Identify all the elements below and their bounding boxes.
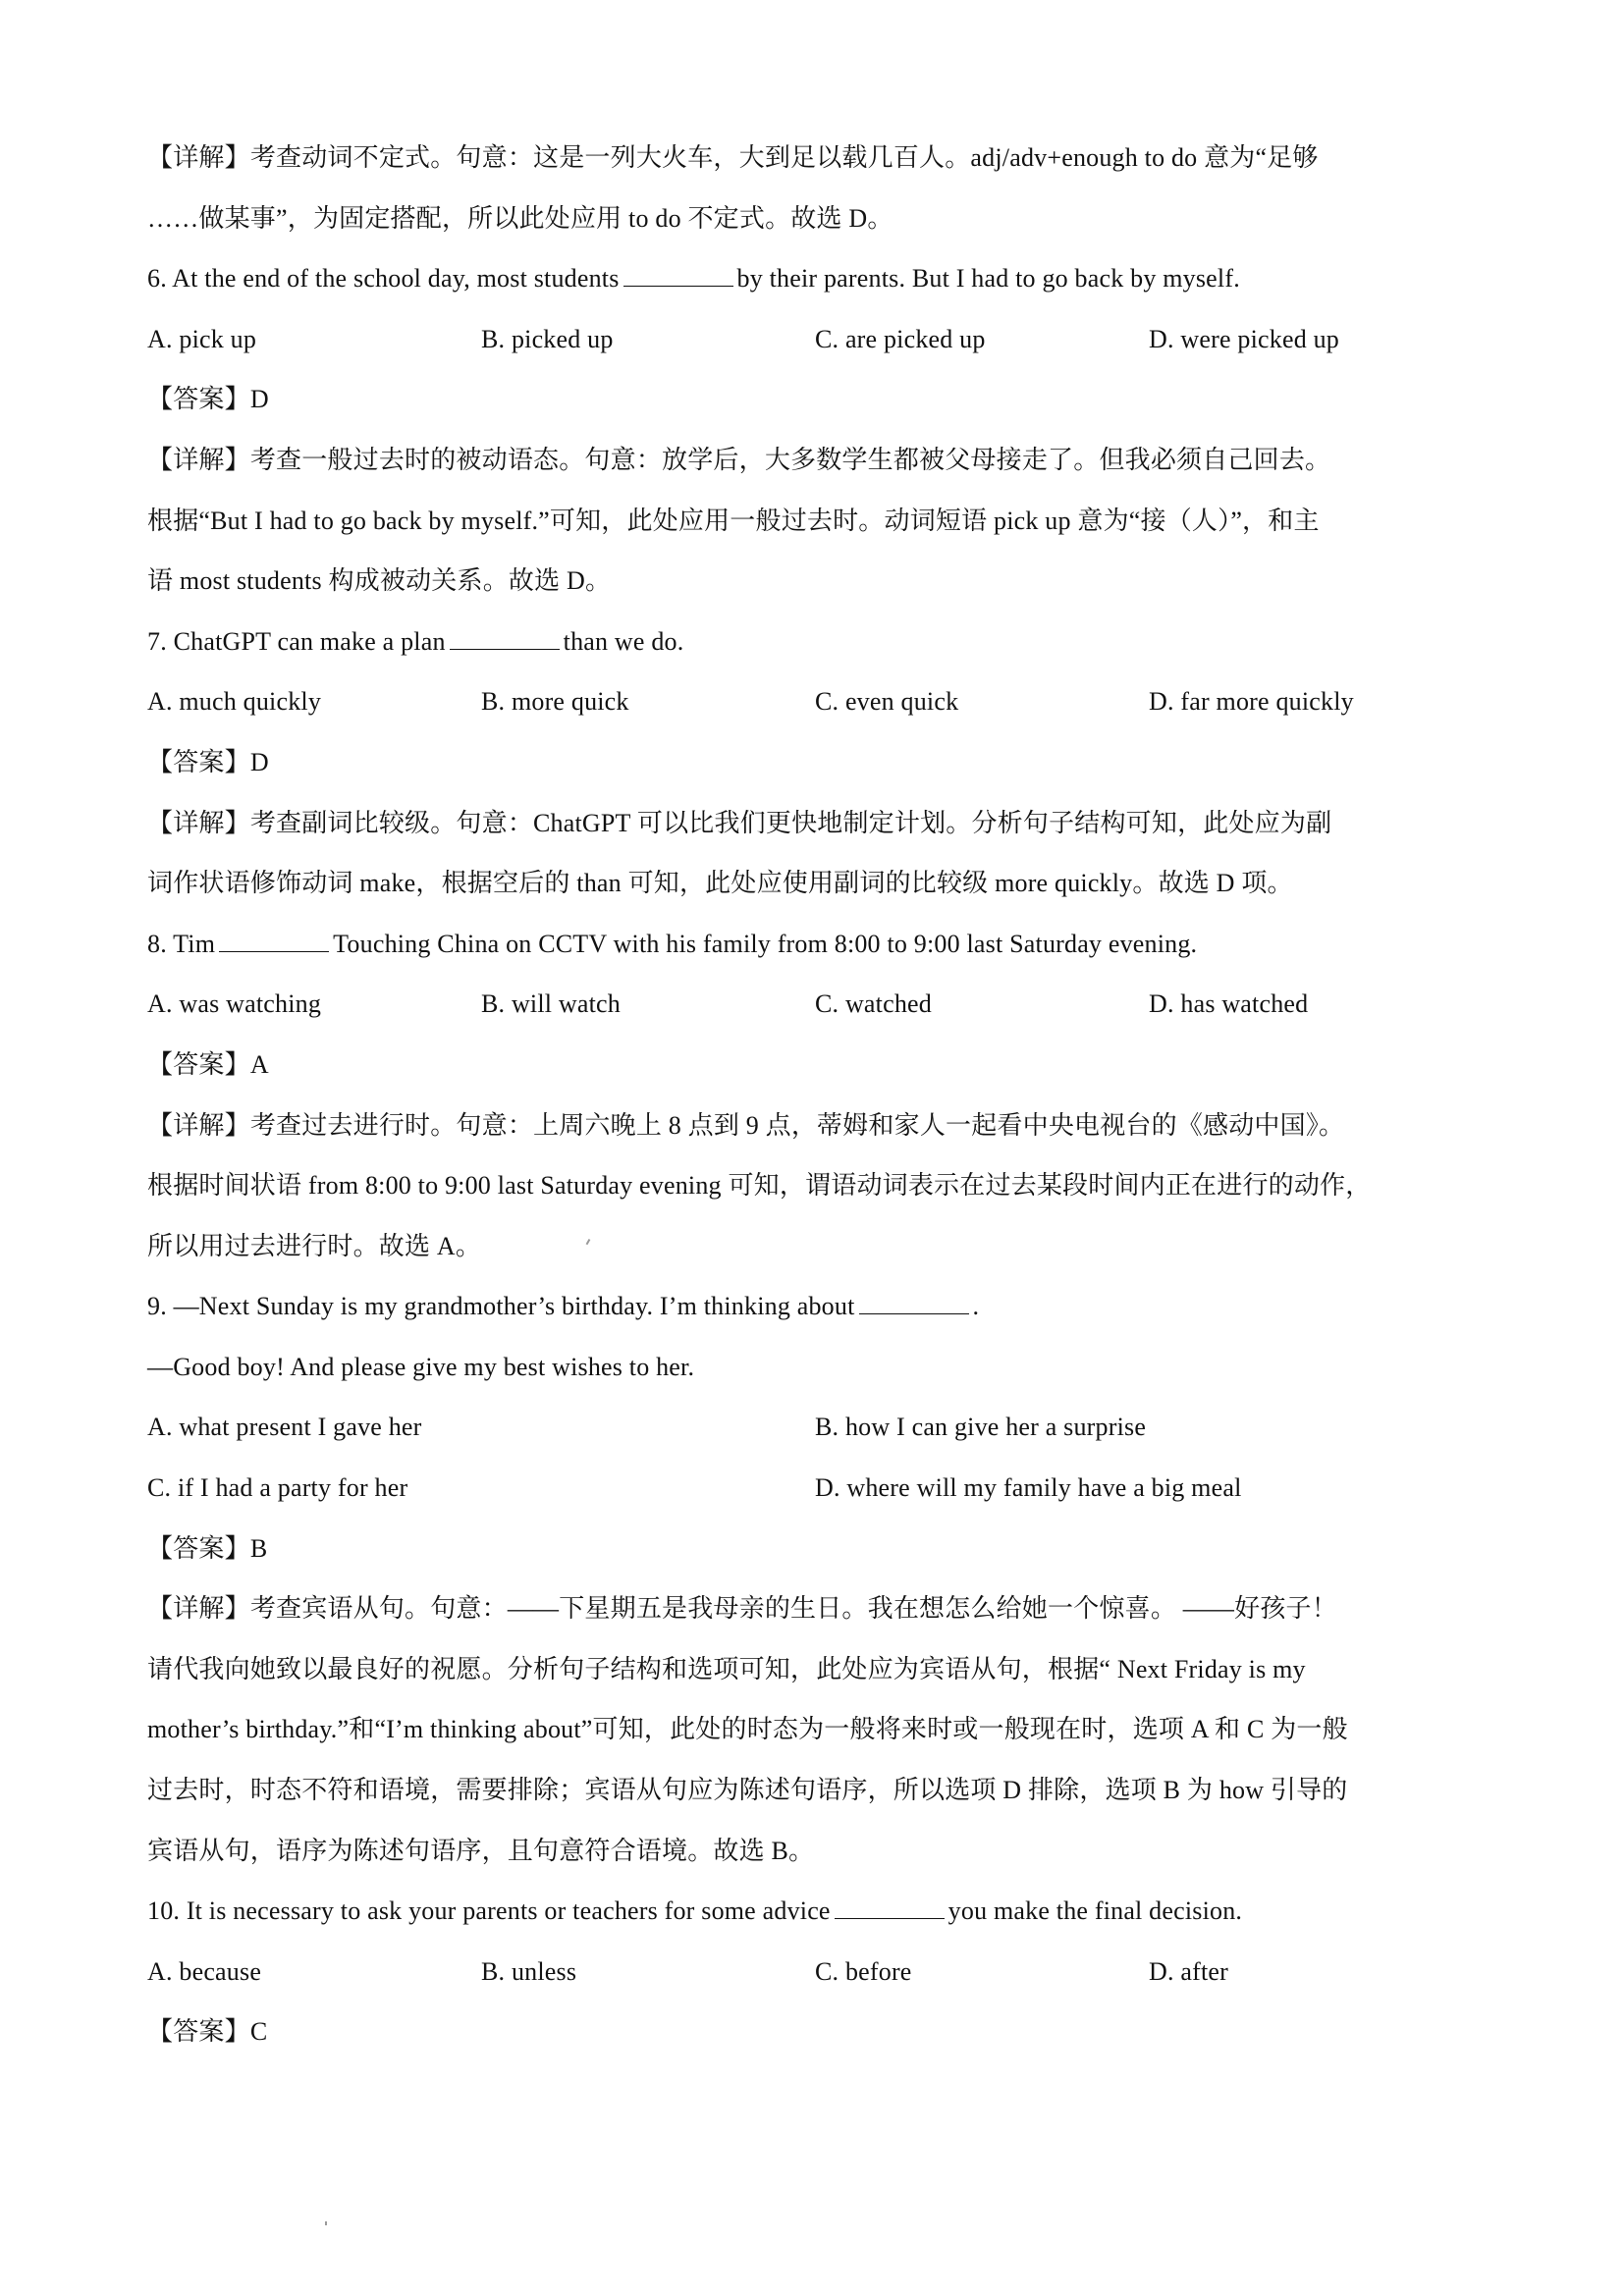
question-6-answer: 【答案】D	[147, 379, 1483, 440]
question-8-answer: 【答案】A	[147, 1044, 1483, 1105]
answer-blank	[859, 1288, 969, 1314]
question-10-options: A. because B. unless C. before D. after	[147, 1951, 1483, 2012]
answer-blank	[219, 926, 329, 952]
explanation-q5-line-1: 【详解】考查动词不定式。句意：这是一列大火车，大到足以载几百人。adj/adv+…	[147, 137, 1483, 198]
document-page: 【详解】考查动词不定式。句意：这是一列大火车，大到足以载几百人。adj/adv+…	[147, 137, 1483, 2072]
option-a: A. much quickly	[147, 681, 481, 742]
option-b: B. how I can give her a surprise	[815, 1407, 1483, 1468]
question-9-stem: 9. —Next Sunday is my grandmother’s birt…	[147, 1286, 1483, 1347]
question-9-explain-4: 过去时，时态不符和语境，需要排除；宾语从句应为陈述句语序，所以选项 D 排除，选…	[147, 1770, 1483, 1831]
option-d: D. were picked up	[1149, 319, 1483, 380]
question-8-explain-1: 【详解】考查过去进行时。句意：上周六晚上 8 点到 9 点，蒂姆和家人一起看中央…	[147, 1105, 1483, 1166]
option-d: D. far more quickly	[1149, 681, 1483, 742]
question-8-stem: 8. TimTouching China on CCTV with his fa…	[147, 924, 1483, 985]
option-d: D. where will my family have a big meal	[815, 1468, 1483, 1528]
option-a: A. what present I gave her	[147, 1407, 815, 1468]
option-c: C. are picked up	[815, 319, 1149, 380]
question-6-explain-3: 语 most students 构成被动关系。故选 D。	[147, 561, 1483, 621]
answer-blank	[835, 1893, 945, 1919]
question-7-explain-2: 词作状语修饰动词 make，根据空后的 than 可知，此处应使用副词的比较级 …	[147, 863, 1483, 924]
question-6-options: A. pick up B. picked up C. are picked up…	[147, 319, 1483, 380]
question-6-explain-1: 【详解】考查一般过去时的被动语态。句意：放学后，大多数学生都被父母接走了。但我必…	[147, 440, 1483, 501]
question-10-answer: 【答案】C	[147, 2011, 1483, 2072]
question-8-explain-3: 所以用过去进行时。故选 A。	[147, 1226, 1483, 1287]
option-d: D. after	[1149, 1951, 1483, 2012]
question-8-explain-2: 根据时间状语 from 8:00 to 9:00 last Saturday e…	[147, 1165, 1483, 1226]
question-10-stem: 10. It is necessary to ask your parents …	[147, 1891, 1483, 1951]
question-7-explain-1: 【详解】考查副词比较级。句意：ChatGPT 可以比我们更快地制定计划。分析句子…	[147, 803, 1483, 864]
answer-blank	[450, 623, 560, 650]
question-8-options: A. was watching B. will watch C. watched…	[147, 984, 1483, 1044]
question-7-stem: 7. ChatGPT can make a planthan we do.	[147, 621, 1483, 682]
option-a: A. was watching	[147, 984, 481, 1044]
option-b: B. will watch	[481, 984, 815, 1044]
question-9-explain-1: 【详解】考查宾语从句。句意：——下星期五是我母亲的生日。我在想怎么给她一个惊喜。…	[147, 1588, 1483, 1649]
explain-label: 【详解】	[147, 143, 250, 173]
scan-artifact	[325, 2221, 327, 2225]
explanation-q5-line-2: ……做某事”，为固定搭配，所以此处应用 to do 不定式。故选 D。	[147, 198, 1483, 259]
option-b: B. more quick	[481, 681, 815, 742]
option-a: A. pick up	[147, 319, 481, 380]
option-a: A. because	[147, 1951, 481, 2012]
option-c: C. even quick	[815, 681, 1149, 742]
answer-blank	[623, 260, 733, 287]
question-9-answer: 【答案】B	[147, 1528, 1483, 1589]
question-7-options: A. much quickly B. more quick C. even qu…	[147, 681, 1483, 742]
option-d: D. has watched	[1149, 984, 1483, 1044]
question-9-options-row-1: A. what present I gave her B. how I can …	[147, 1407, 1483, 1468]
option-b: B. picked up	[481, 319, 815, 380]
question-7-answer: 【答案】D	[147, 742, 1483, 803]
question-6-explain-2: 根据“But I had to go back by myself.”可知，此处…	[147, 501, 1483, 561]
option-b: B. unless	[481, 1951, 815, 2012]
question-6-stem: 6. At the end of the school day, most st…	[147, 258, 1483, 319]
question-9-explain-3: mother’s birthday.”和“I’m thinking about”…	[147, 1709, 1483, 1770]
question-9-explain-5: 宾语从句，语序为陈述句语序，且句意符合语境。故选 B。	[147, 1831, 1483, 1892]
question-9-options-row-2: C. if I had a party for her D. where wil…	[147, 1468, 1483, 1528]
option-c: C. watched	[815, 984, 1149, 1044]
question-9-explain-2: 请代我向她致以最良好的祝愿。分析句子结构和选项可知，此处应为宾语从句，根据“ N…	[147, 1649, 1483, 1710]
option-c: C. if I had a party for her	[147, 1468, 815, 1528]
option-c: C. before	[815, 1951, 1149, 2012]
question-9-stem-reply: —Good boy! And please give my best wishe…	[147, 1347, 1483, 1408]
